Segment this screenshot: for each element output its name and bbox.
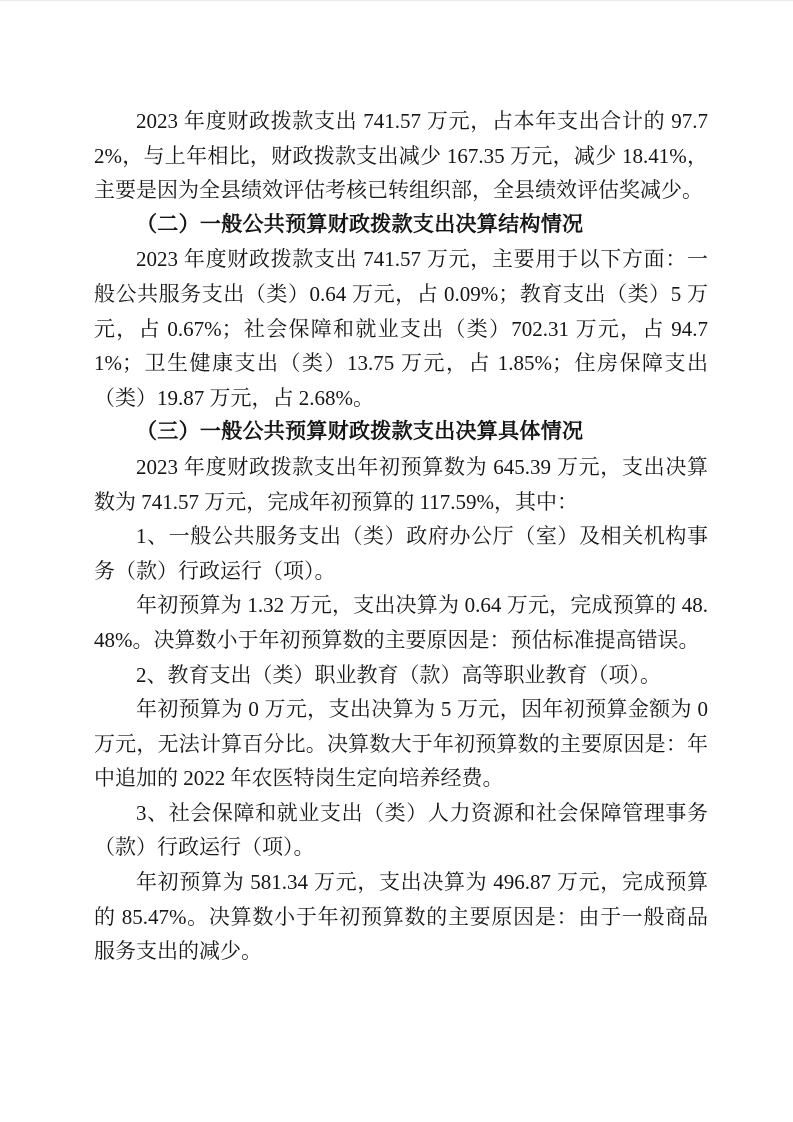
section-heading-expenditure-structure: （二）一般公共预算财政拨款支出决算结构情况 <box>94 208 708 243</box>
paragraph-item3-social-security: 3、社会保障和就业支出（类）人力资源和社会保障管理事务（款）行政运行（项）。 <box>94 796 708 865</box>
page-top-edge <box>0 0 793 1</box>
paragraph-fiscal-expenditure-overview: 2023 年度财政拨款支出 741.57 万元，占本年支出合计的 97.72%，… <box>94 104 708 208</box>
paragraph-item3-budget-detail: 年初预算为 581.34 万元，支出决算为 496.87 万元，完成预算的 85… <box>94 865 708 969</box>
section-heading-expenditure-details: （三）一般公共预算财政拨款支出决算具体情况 <box>94 415 708 450</box>
document-viewport: { "page": { "background": "#ffffff", "te… <box>0 0 793 1122</box>
paragraph-budget-vs-final-summary: 2023 年度财政拨款支出年初预算数为 645.39 万元，支出决算数为 741… <box>94 450 708 519</box>
paragraph-item1-budget-detail: 年初预算为 1.32 万元，支出决算为 0.64 万元，完成预算的 48.48%… <box>94 588 708 657</box>
document-page: 2023 年度财政拨款支出 741.57 万元，占本年支出合计的 97.72%，… <box>94 104 708 969</box>
paragraph-item1-general-public-service: 1、一般公共服务支出（类）政府办公厅（室）及相关机构事务（款）行政运行（项）。 <box>94 519 708 588</box>
paragraph-item2-budget-detail: 年初预算为 0 万元，支出决算为 5 万元，因年初预算金额为 0 万元，无法计算… <box>94 692 708 796</box>
paragraph-item2-education: 2、教育支出（类）职业教育（款）高等职业教育（项）。 <box>94 658 708 693</box>
paragraph-expenditure-structure-breakdown: 2023 年度财政拨款支出 741.57 万元，主要用于以下方面：一般公共服务支… <box>94 242 708 415</box>
